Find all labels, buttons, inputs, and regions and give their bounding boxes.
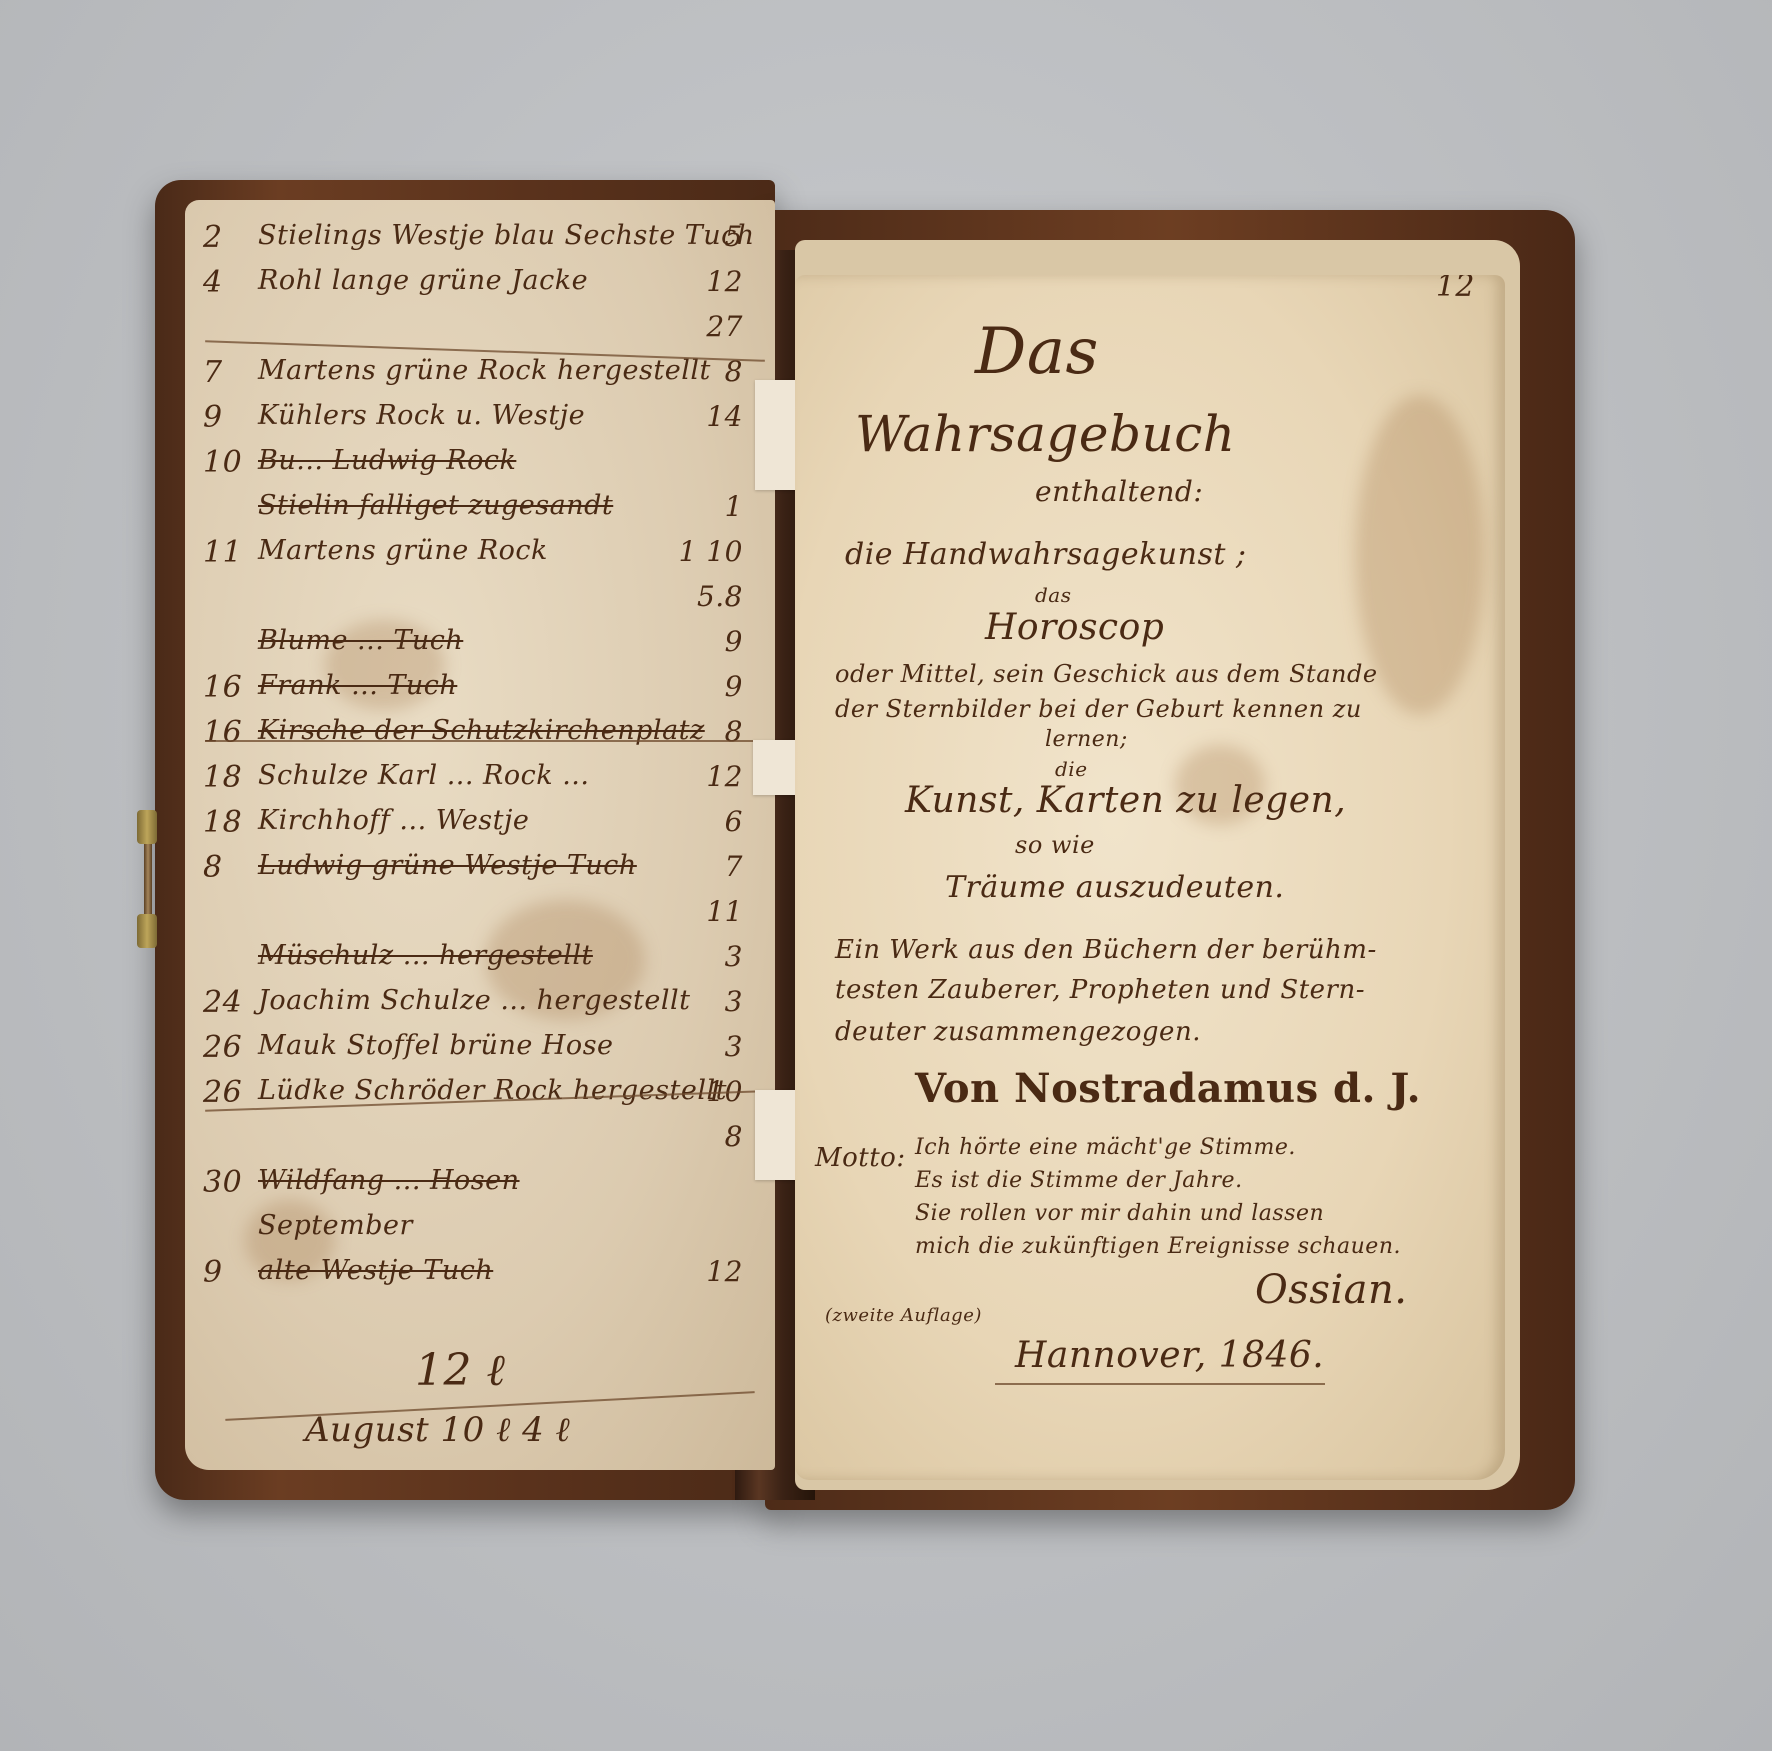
right-page-title: 12 Das Wahrsagebuch enthaltend: die Hand… [795,275,1505,1480]
page-number: 12 [1436,275,1475,304]
ledger-desc: Ludwig grüne Westje Tuch [258,850,637,881]
ledger-row: 11Martens grüne Rock1 10 [203,535,763,579]
ledger-row: Stielin falliget zugesandt1 [203,490,763,534]
ledger-row: 7Martens grüne Rock hergestellt8 [203,355,763,399]
contents-line: Kunst, Karten zu legen, [905,780,1346,821]
ledger-row: September [203,1210,763,1254]
ledger-day: 9 [203,400,243,435]
ledger-amt: 5.8 [697,580,743,613]
ledger-row: 11 [203,895,763,939]
ledger-row: 30Wildfang ... Hosen [203,1165,763,1209]
ledger-desc: Martens grüne Rock hergestellt [258,355,711,386]
contents-line: Träume auszudeuten. [945,870,1284,905]
ledger-desc: Mauk Stoffel brüne Hose [258,1030,614,1061]
ledger-desc: Frank ... Tuch [258,670,457,701]
book-title: Wahrsagebuch [855,405,1235,463]
ledger-row: 4Rohl lange grüne Jacke12 [203,265,763,309]
ledger-desc: Müschulz ... hergestellt [258,940,593,971]
imprint: Hannover, 1846. [1015,1335,1324,1376]
ledger-row: 16Frank ... Tuch9 [203,670,763,714]
ledger-day: 8 [203,850,243,885]
ledger-day: 16 [203,715,243,750]
ledger-day: 26 [203,1030,243,1065]
ledger-desc: Joachim Schulze ... hergestellt [258,985,691,1016]
ledger-day: 11 [203,535,243,570]
ledger-row: 26Mauk Stoffel brüne Hose3 [203,1030,763,1074]
author-line: Von Nostradamus d. J. [915,1065,1421,1112]
contents-line: lernen; [1045,727,1128,752]
ledger-amt: 1 [725,490,743,523]
ledger-day: 24 [203,985,243,1020]
brass-clasp-icon [137,810,159,950]
title-article: Das [975,315,1099,389]
ledger-amt: 6 [725,805,743,838]
ledger-amt: 12 [706,760,743,793]
ledger-row: 8 [203,1120,763,1164]
motto-line: Ich hörte eine mächt'ge Stimme. [915,1135,1296,1160]
contents-line: Ein Werk aus den Büchern der berühm- [835,935,1377,965]
open-notebook: 2Stielings Westje blau Sechste Tuch54Roh… [155,170,1575,1510]
ledger-total: 12 ℓ [415,1345,505,1396]
ledger-day: 18 [203,805,243,840]
ledger-day: 26 [203,1075,243,1110]
ledger-amt: 3 [725,985,743,1018]
contents-line: testen Zauberer, Propheten und Stern- [835,975,1365,1005]
contents-line: so wie [1015,831,1095,859]
ledger-day: 18 [203,760,243,795]
ledger-footer-date: August 10 ℓ 4 ℓ [305,1410,570,1450]
ledger-desc: alte Westje Tuch [258,1255,493,1286]
ledger-desc: Rohl lange grüne Jacke [258,265,588,296]
ledger-amt: 8 [725,715,743,748]
ledger-amt: 8 [725,1120,743,1153]
ledger-desc: Schulze Karl ... Rock ... [258,760,589,791]
ledger-row: 26Lüdke Schröder Rock hergestellt10 [203,1075,763,1119]
contents-line: das [1035,583,1072,607]
ledger-row: 5.8 [203,580,763,624]
motto-label: Motto: [815,1143,906,1173]
ledger-amt: 12 [706,265,743,298]
ledger-desc: Stielings Westje blau Sechste Tuch [258,220,755,251]
ledger-amt: 9 [725,670,743,703]
ledger-amt: 11 [706,895,743,928]
ledger-day: 7 [203,355,243,390]
motto-line: mich die zukünftigen Ereignisse schauen. [915,1234,1401,1259]
ledger-desc: Blume ... Tuch [258,625,463,656]
ledger-row: 24Joachim Schulze ... hergestellt3 [203,985,763,1029]
ledger-row: 18Schulze Karl ... Rock ...12 [203,760,763,804]
ledger-amt: 12 [706,1255,743,1288]
ledger-day: 30 [203,1165,243,1200]
ledger-amt: 3 [725,940,743,973]
ledger-row: 16Kirsche der Schutzkirchenplatz8 [203,715,763,759]
subtitle-line: enthaltend: [1035,475,1203,508]
contents-line: Horoscop [985,607,1164,648]
ledger-row: 9Kühlers Rock u. Westje14 [203,400,763,444]
contents-line: die [1055,757,1088,781]
ledger-desc: Stielin falliget zugesandt [258,490,613,521]
ledger-day: 2 [203,220,243,255]
ledger-amt: 3 [725,1030,743,1063]
ledger-row: 8Ludwig grüne Westje Tuch7 [203,850,763,894]
ledger-desc: Martens grüne Rock [258,535,548,566]
ledger-day: 10 [203,445,243,480]
ledger-amt: 27 [706,310,743,343]
left-page-ledger: 2Stielings Westje blau Sechste Tuch54Roh… [185,200,775,1470]
ledger-desc: Kühlers Rock u. Westje [258,400,585,431]
ledger-row: Blume ... Tuch9 [203,625,763,669]
ledger-day: 4 [203,265,243,300]
ledger-day: 16 [203,670,243,705]
ledger-row: 27 [203,310,763,354]
ledger-row: 9alte Westje Tuch12 [203,1255,763,1299]
ledger-row: 2Stielings Westje blau Sechste Tuch5 [203,220,763,264]
ledger-row: Müschulz ... hergestellt3 [203,940,763,984]
ledger-amt: 14 [706,400,743,433]
ledger-desc: September [258,1210,413,1241]
ledger-desc: Bu... Ludwig Rock [258,445,516,476]
ledger-amt: 5 [725,220,743,253]
ledger-amt: 1 10 [679,535,743,568]
contents-line: die Handwahrsagekunst ; [845,537,1247,572]
contents-line: deuter zusammengezogen. [835,1017,1201,1047]
motto-line: Sie rollen vor mir dahin und lassen [915,1201,1324,1226]
ledger-row: 18Kirchhoff ... Westje6 [203,805,763,849]
ledger-amt: 7 [725,850,743,883]
contents-line: oder Mittel, sein Geschick aus dem Stand… [835,660,1378,688]
ledger-desc: Kirchhoff ... Westje [258,805,529,836]
ledger-day: 9 [203,1255,243,1290]
ledger-row: 10Bu... Ludwig Rock [203,445,763,489]
ledger-desc: Wildfang ... Hosen [258,1165,520,1196]
edition-note: (zweite Auflage) [825,1305,982,1326]
motto-author: Ossian. [1255,1267,1407,1313]
ledger-amt: 9 [725,625,743,658]
motto-line: Es ist die Stimme der Jahre. [915,1168,1243,1193]
contents-line: der Sternbilder bei der Geburt kennen zu [835,695,1362,723]
